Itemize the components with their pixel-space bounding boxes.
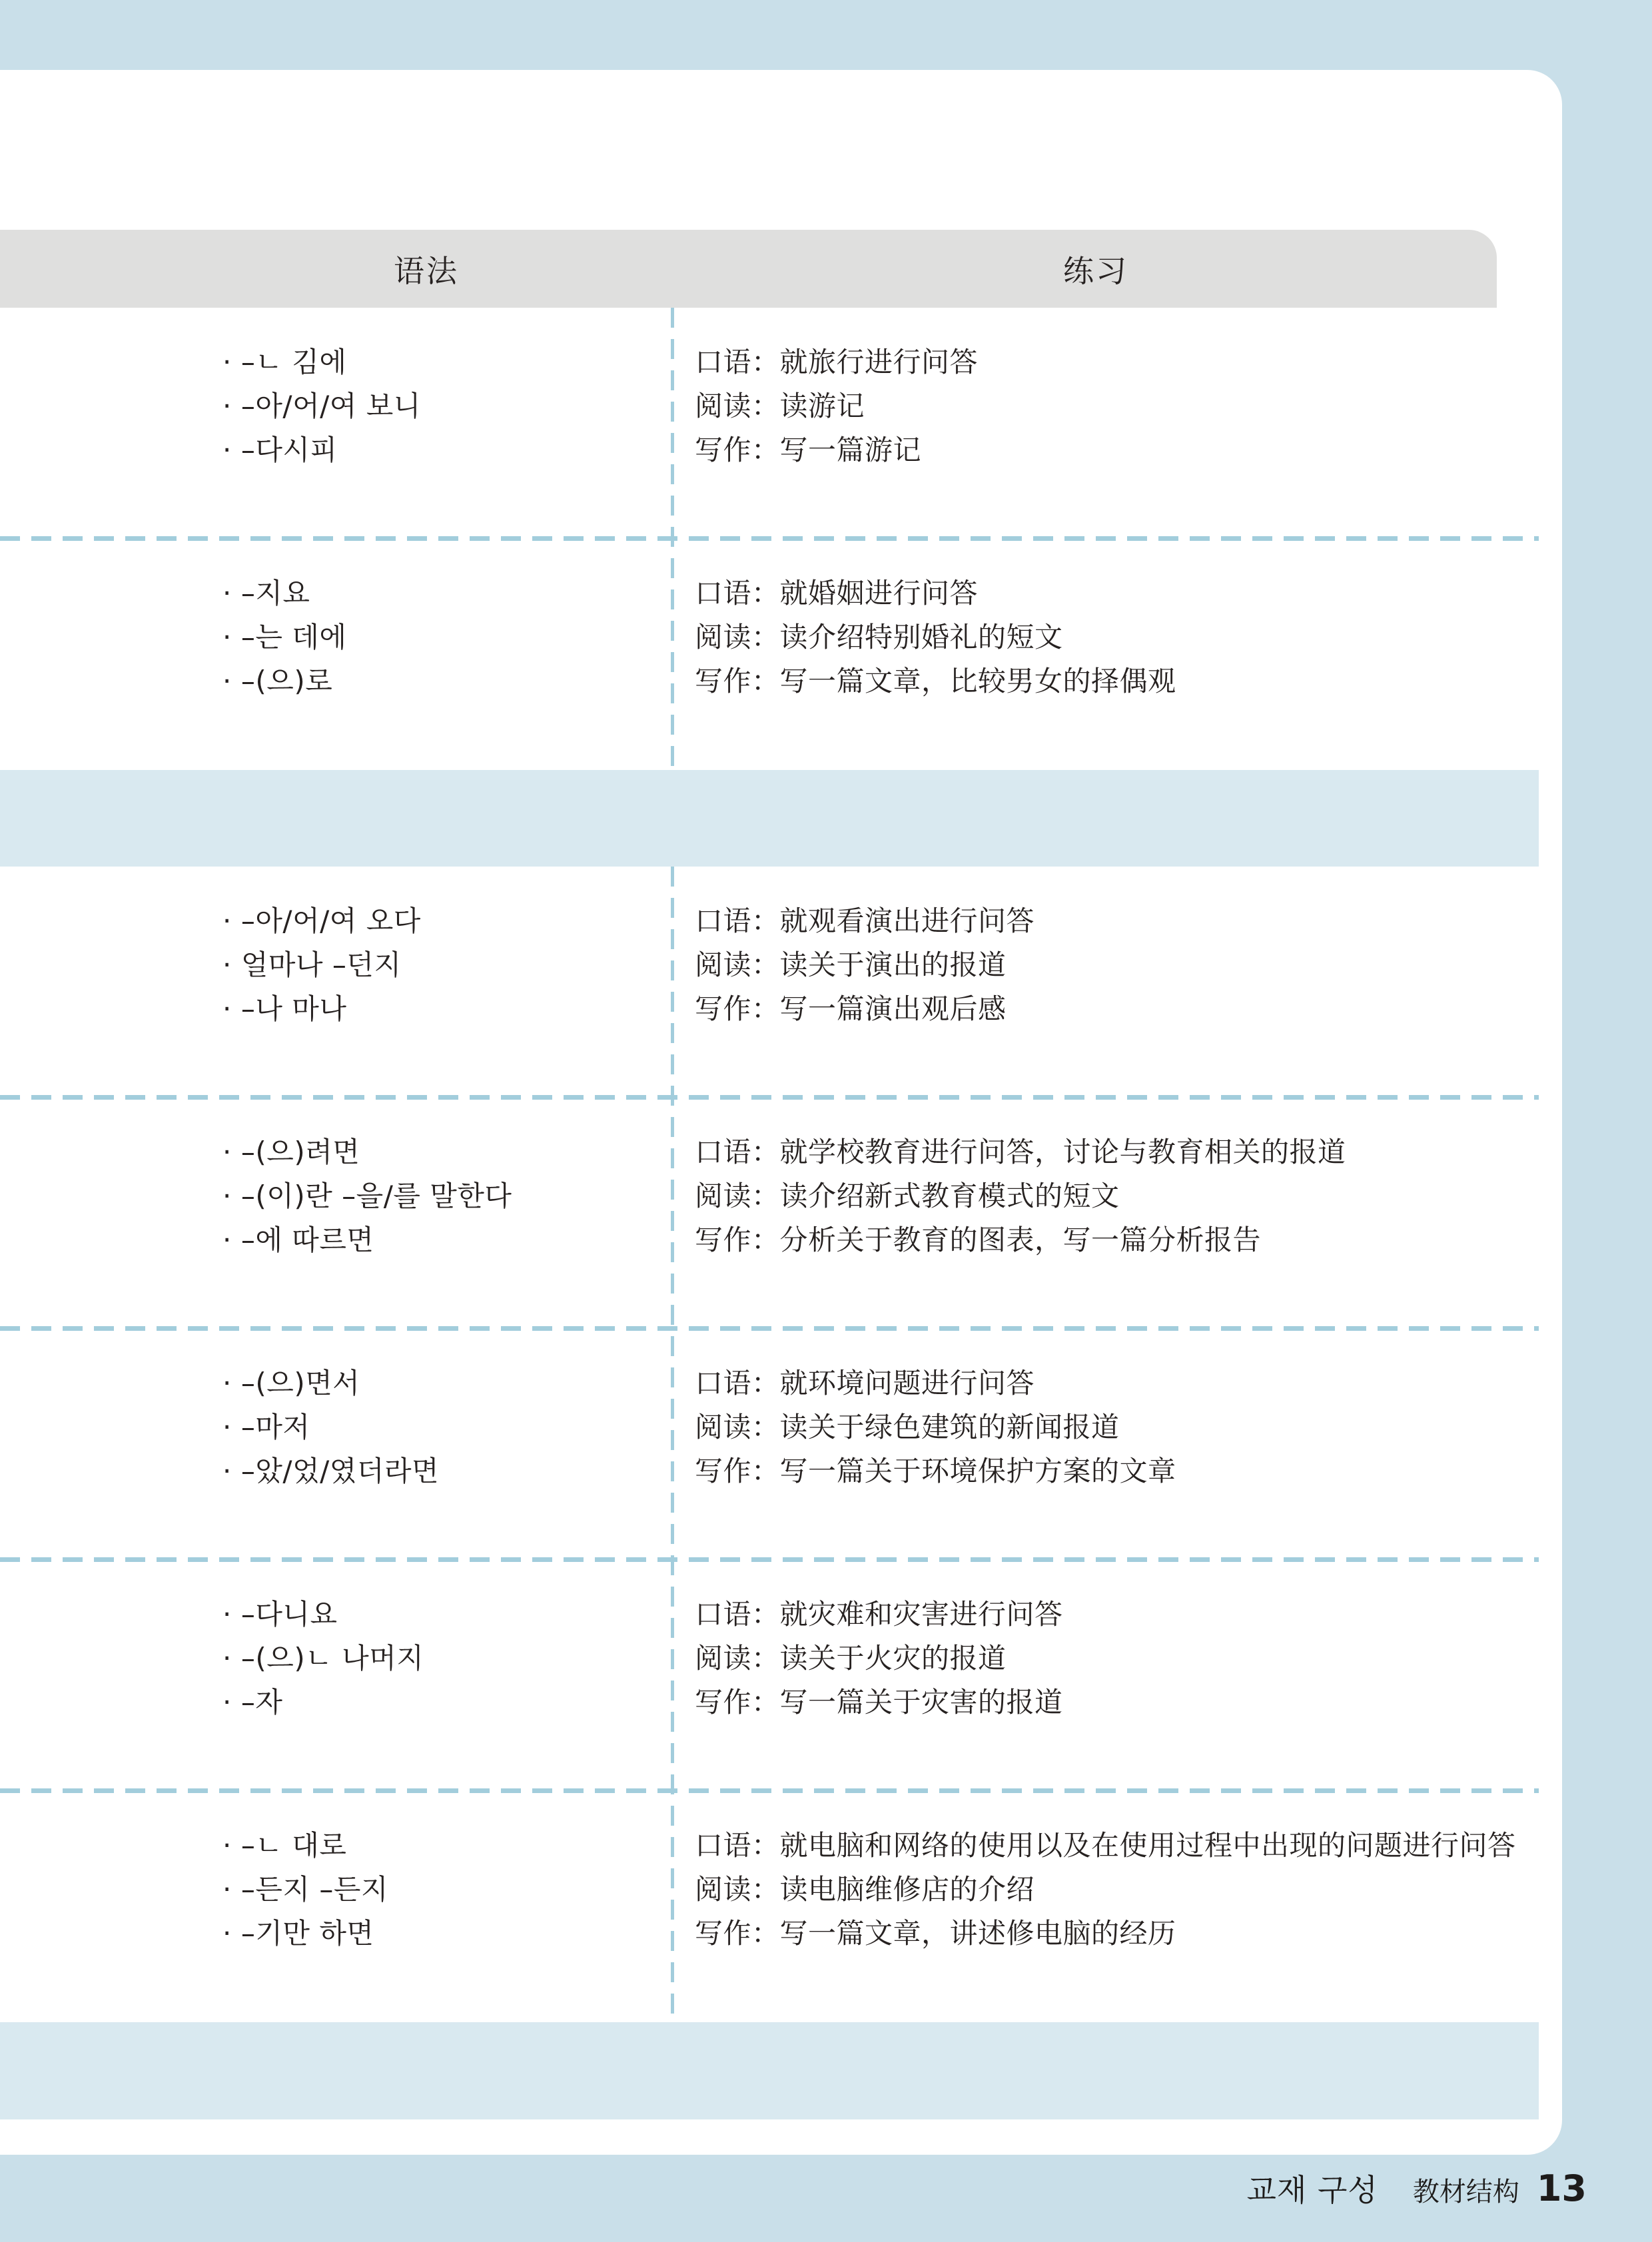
practice-cell: 口语：就旅行进行问答阅读：读游记写作：写一篇游记 [671, 308, 1562, 539]
table-group-1: ·–ㄴ 김에·–아/어/여 보니·–다시피 口语：就旅行进行问答阅读：读游记写作… [0, 308, 1562, 770]
table-row: ·–다니요·–(으)ㄴ 나머지·–자 口语：就灾难和灾害进行问答阅读：读关于火灾… [0, 1560, 1562, 1791]
grammar-item-text: –든지 –든지 [241, 1873, 388, 1906]
grammar-item-text: –았/었/였더라면 [241, 1455, 439, 1487]
practice-item: 阅读：读介绍新式教育模式的短文 [695, 1174, 1562, 1218]
table-header: 语法 练习 [0, 230, 1497, 308]
grammar-item: ·–았/었/였더라면 [222, 1449, 671, 1493]
grammar-item: ·–ㄴ 김에 [222, 340, 671, 384]
practice-item: 口语：就灾难和灾害进行问答 [695, 1593, 1562, 1637]
grammar-item-text: –지요 [241, 577, 310, 609]
textbook-page: 语法 练习 ·–ㄴ 김에·–아/어/여 보니·–다시피 口语：就旅行进行问答阅读… [0, 70, 1562, 2155]
table-row: ·–아/어/여 오다·얼마나 –던지·–나 마나 口语：就观看演出进行问答阅读：… [0, 867, 1562, 1098]
table-row: ·–(으)려면·–(이)란 –을/를 말한다·–에 따르면 口语：就学校教育进行… [0, 1098, 1562, 1329]
grammar-item-text: –에 따르면 [241, 1224, 374, 1256]
review-band [0, 770, 1539, 867]
practice-item: 写作：写一篇关于环境保护方案的文章 [695, 1449, 1562, 1493]
bullet: · [222, 1637, 232, 1681]
grammar-item-text: –(으)면서 [241, 1367, 360, 1399]
table-row: ·–지요·–는 데에·–(으)로 口语：就婚姻进行问答阅读：读介绍特别婚礼的短文… [0, 539, 1562, 770]
grammar-item-text: –나 마나 [241, 992, 347, 1025]
bullet: · [222, 1405, 232, 1449]
grammar-item: ·–아/어/여 보니 [222, 384, 671, 428]
bottom-band [0, 2022, 1539, 2119]
grammar-item: ·–ㄴ 대로 [222, 1824, 671, 1868]
grammar-cell: ·–(으)려면·–(이)란 –을/를 말한다·–에 따르면 [0, 1098, 671, 1329]
bullet: · [222, 1912, 232, 1956]
practice-item: 口语：就旅行进行问答 [695, 340, 1562, 384]
bullet: · [222, 1218, 232, 1262]
grammar-item: ·–지요 [222, 571, 671, 615]
grammar-item: ·–나 마나 [222, 987, 671, 1031]
grammar-item-text: –(으)로 [241, 665, 332, 697]
footer-section-chinese: 教材结构 [1413, 2171, 1519, 2209]
page-number: 13 [1537, 2167, 1587, 2209]
grammar-item: ·–기만 하면 [222, 1912, 671, 1956]
practice-item: 阅读：读介绍特别婚礼的短文 [695, 615, 1562, 659]
bullet: · [222, 899, 232, 943]
practice-cell: 口语：就灾难和灾害进行问答阅读：读关于火灾的报道写作：写一篇关于灾害的报道 [671, 1560, 1562, 1791]
practice-cell: 口语：就环境问题进行问答阅读：读关于绿色建筑的新闻报道写作：写一篇关于环境保护方… [671, 1329, 1562, 1560]
bullet: · [222, 384, 232, 428]
grammar-cell: ·–다니요·–(으)ㄴ 나머지·–자 [0, 1560, 671, 1791]
practice-cell: 口语：就学校教育进行问答，讨论与教育相关的报道阅读：读介绍新式教育模式的短文写作… [671, 1098, 1562, 1329]
footer-section-korean: 교재 구성 [1246, 2166, 1378, 2210]
grammar-item: ·–마저 [222, 1405, 671, 1449]
practice-item: 写作：写一篇文章，比较男女的择偶观 [695, 659, 1562, 703]
grammar-item: ·–아/어/여 오다 [222, 899, 671, 943]
grammar-cell: ·–지요·–는 데에·–(으)로 [0, 539, 671, 770]
grammar-item: ·–다시피 [222, 428, 671, 472]
table-group-2: ·–아/어/여 오다·얼마나 –던지·–나 마나 口语：就观看演出进行问答阅读：… [0, 867, 1562, 2022]
practice-cell: 口语：就观看演出进行问答阅读：读关于演出的报道写作：写一篇演出观后感 [671, 867, 1562, 1098]
practice-item: 口语：就环境问题进行问答 [695, 1361, 1562, 1405]
practice-item: 口语：就电脑和网络的使用以及在使用过程中出现的问题进行问答 [695, 1824, 1562, 1868]
bullet: · [222, 659, 232, 703]
page-footer: 교재 구성 教材结构 13 [1246, 2166, 1587, 2210]
practice-item: 阅读：读关于演出的报道 [695, 943, 1562, 987]
bullet: · [222, 1681, 232, 1724]
practice-item: 阅读：读关于绿色建筑的新闻报道 [695, 1405, 1562, 1449]
bullet: · [222, 1449, 232, 1493]
practice-item: 阅读：读游记 [695, 384, 1562, 428]
bullet: · [222, 428, 232, 472]
bullet: · [222, 943, 232, 987]
practice-item: 写作：分析关于教育的图表，写一篇分析报告 [695, 1218, 1562, 1262]
practice-item: 写作：写一篇文章，讲述修电脑的经历 [695, 1912, 1562, 1956]
table-row: ·–(으)면서·–마저·–았/었/였더라면 口语：就环境问题进行问答阅读：读关于… [0, 1329, 1562, 1560]
grammar-item-text: –마저 [241, 1411, 310, 1443]
grammar-item: ·–(으)려면 [222, 1130, 671, 1174]
grammar-item-text: –(으)ㄴ 나머지 [241, 1642, 424, 1675]
bullet: · [222, 1130, 232, 1174]
table-row: ·–ㄴ 대로·–든지 –든지·–기만 하면 口语：就电脑和网络的使用以及在使用过… [0, 1791, 1562, 2022]
grammar-cell: ·–(으)면서·–마저·–았/었/였더라면 [0, 1329, 671, 1560]
grammar-item: ·–자 [222, 1681, 671, 1724]
practice-item: 写作：写一篇游记 [695, 428, 1562, 472]
practice-item: 阅读：读关于火灾的报道 [695, 1637, 1562, 1681]
grammar-item-text: –(이)란 –을/를 말한다 [241, 1180, 512, 1212]
grammar-item: ·–(으)면서 [222, 1361, 671, 1405]
bullet: · [222, 340, 232, 384]
grammar-item-text: –아/어/여 보니 [241, 390, 421, 422]
grammar-column-header: 语法 [394, 247, 459, 291]
grammar-item: ·–(이)란 –을/를 말한다 [222, 1174, 671, 1218]
grammar-item-text: –ㄴ 김에 [241, 346, 347, 378]
grammar-item-text: –다니요 [241, 1598, 338, 1631]
bullet: · [222, 1593, 232, 1637]
grammar-item: ·–는 데에 [222, 615, 671, 659]
grammar-item-text: –는 데에 [241, 621, 347, 653]
bullet: · [222, 1361, 232, 1405]
practice-column-header: 练习 [1063, 247, 1128, 291]
practice-cell: 口语：就婚姻进行问答阅读：读介绍特别婚礼的短文写作：写一篇文章，比较男女的择偶观 [671, 539, 1562, 770]
grammar-item: ·–(으)ㄴ 나머지 [222, 1637, 671, 1681]
bullet: · [222, 987, 232, 1031]
grammar-item-text: –자 [241, 1686, 283, 1718]
grammar-item: ·–다니요 [222, 1593, 671, 1637]
grammar-cell: ·–ㄴ 대로·–든지 –든지·–기만 하면 [0, 1791, 671, 2022]
bullet: · [222, 1174, 232, 1218]
practice-cell: 口语：就电脑和网络的使用以及在使用过程中出现的问题进行问答阅读：读电脑维修店的介… [671, 1791, 1562, 2022]
bullet: · [222, 615, 232, 659]
grammar-item-text: –(으)려면 [241, 1136, 360, 1168]
grammar-item-text: –아/어/여 오다 [241, 905, 421, 937]
grammar-item: ·–든지 –든지 [222, 1868, 671, 1912]
column-divider-dashed [671, 867, 674, 2022]
practice-item: 写作：写一篇关于灾害的报道 [695, 1681, 1562, 1724]
grammar-item-text: 얼마나 –던지 [241, 948, 402, 981]
grammar-item: ·–(으)로 [222, 659, 671, 703]
grammar-cell: ·–ㄴ 김에·–아/어/여 보니·–다시피 [0, 308, 671, 539]
grammar-item: ·–에 따르면 [222, 1218, 671, 1262]
practice-item: 口语：就学校教育进行问答，讨论与教育相关的报道 [695, 1130, 1562, 1174]
practice-item: 写作：写一篇演出观后感 [695, 987, 1562, 1031]
bullet: · [222, 571, 232, 615]
grammar-cell: ·–아/어/여 오다·얼마나 –던지·–나 마나 [0, 867, 671, 1098]
grammar-item-text: –ㄴ 대로 [241, 1829, 347, 1862]
grammar-item-text: –기만 하면 [241, 1917, 374, 1950]
table-row: ·–ㄴ 김에·–아/어/여 보니·–다시피 口语：就旅行进行问答阅读：读游记写作… [0, 308, 1562, 539]
column-divider-dashed [671, 308, 674, 770]
grammar-item: ·얼마나 –던지 [222, 943, 671, 987]
table-body: ·–ㄴ 김에·–아/어/여 보니·–다시피 口语：就旅行进行问答阅读：读游记写作… [0, 308, 1562, 2119]
bullet: · [222, 1868, 232, 1912]
practice-item: 口语：就婚姻进行问答 [695, 571, 1562, 615]
practice-item: 阅读：读电脑维修店的介绍 [695, 1868, 1562, 1912]
practice-item: 口语：就观看演出进行问答 [695, 899, 1562, 943]
grammar-item-text: –다시피 [241, 434, 338, 466]
bullet: · [222, 1824, 232, 1868]
